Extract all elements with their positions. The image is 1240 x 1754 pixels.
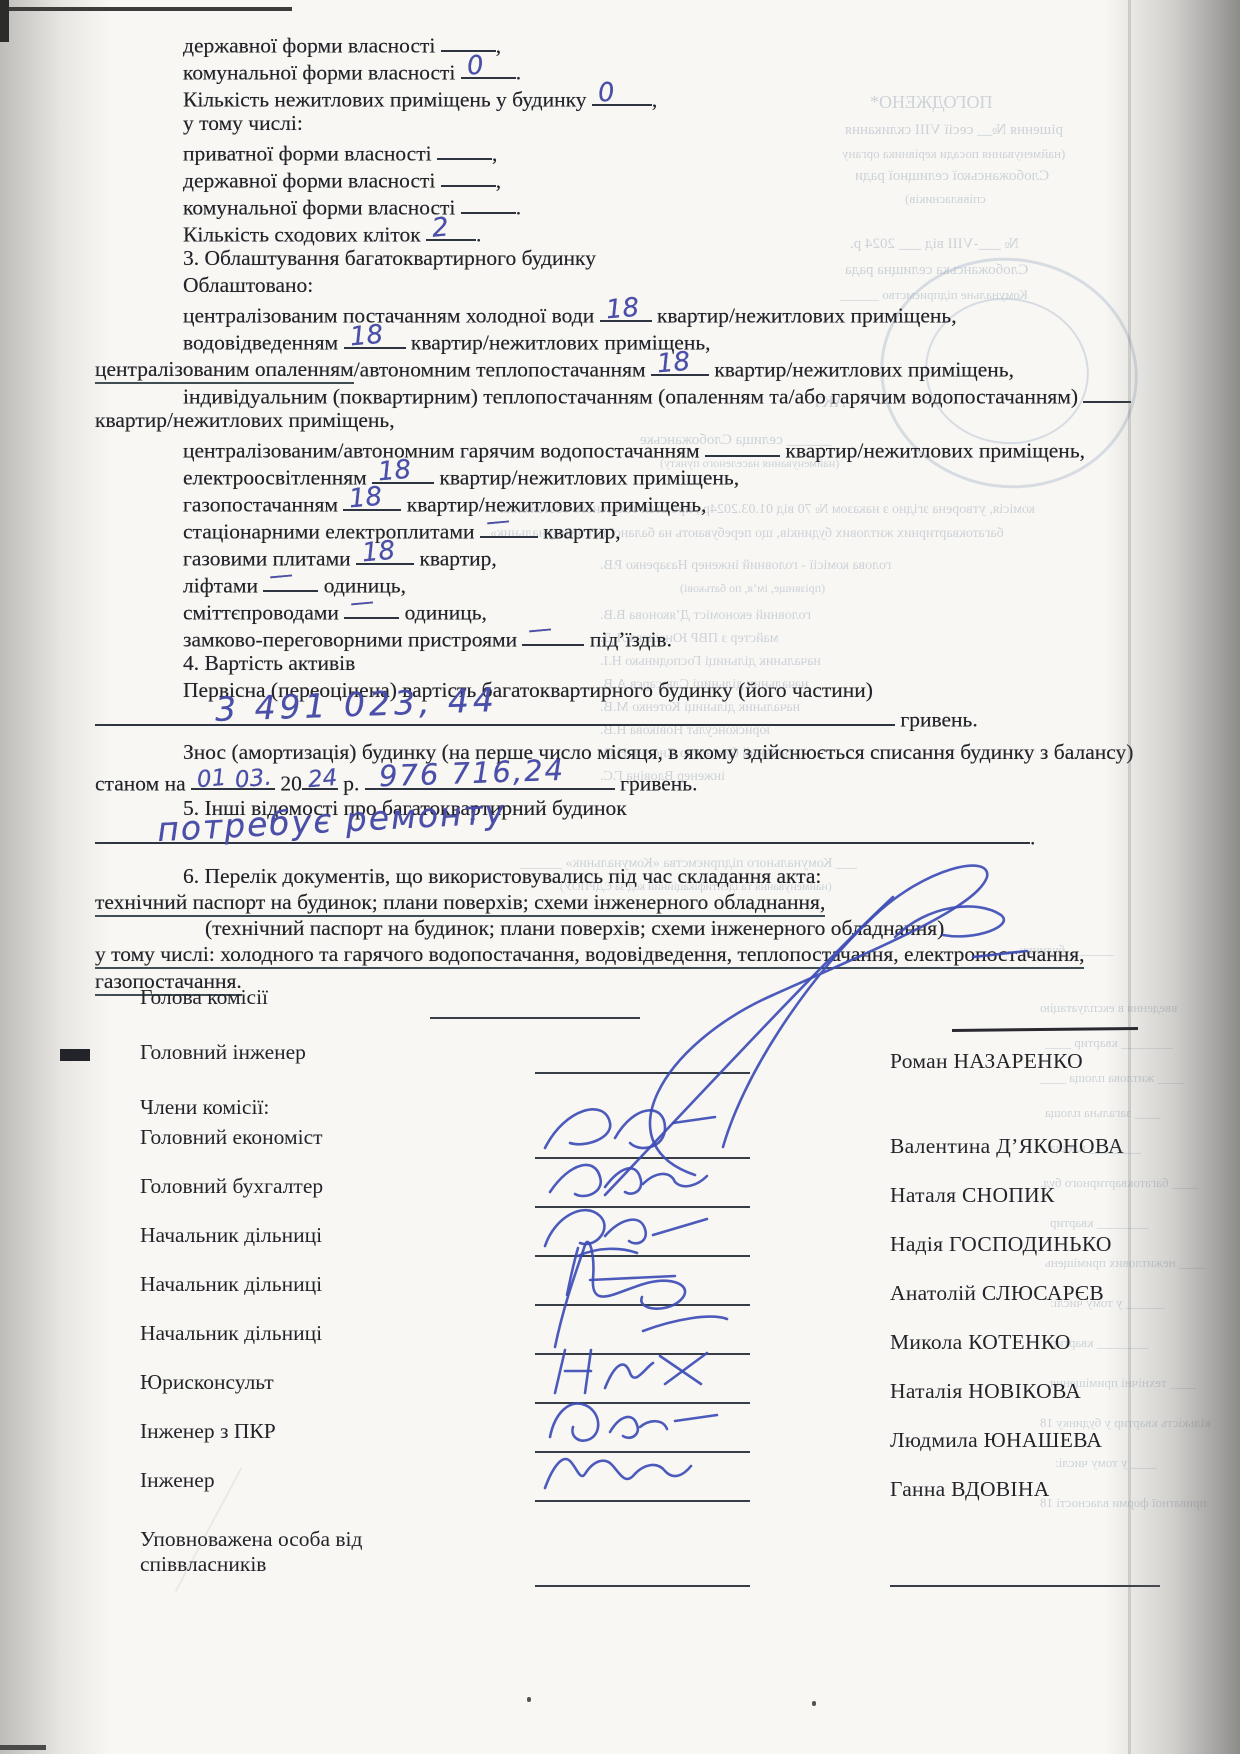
blank-field <box>441 165 496 187</box>
line-text: газопостачанням <box>183 492 343 516</box>
line-text: , <box>496 33 501 57</box>
signatory-name: Роман НАЗАРЕНКО <box>890 1040 1083 1074</box>
signature-role-label: Начальник дільниці <box>140 1223 440 1248</box>
form-line: централізованим постачанням холодної вод… <box>183 300 1113 327</box>
line-text: централізованим постачанням холодної вод… <box>183 303 600 327</box>
handwritten-value: 03. <box>234 765 273 794</box>
form-line: газопостачанням 18 квартир/нежитлових пр… <box>183 489 1113 516</box>
form-line: централізованим опаленням/автономним теп… <box>95 354 1113 381</box>
blank-field <box>437 138 492 160</box>
form-line: електроосвітленням 18 квартир/нежитлових… <box>183 462 1113 489</box>
line-text: індивідуальним (поквартирним) теплопоста… <box>183 384 1083 408</box>
handwritten-value: 0 <box>466 51 485 82</box>
line-text: ліфтами <box>183 573 263 597</box>
handwritten-value: 24 <box>307 765 338 793</box>
blank-field: 2 <box>426 219 476 241</box>
line-text: 20 <box>275 771 302 795</box>
handwritten-value: 2 <box>431 213 450 244</box>
signature-role-label: Інженер з ПКР <box>140 1419 440 1444</box>
document-lines: державної форми власності ,комунальної ф… <box>183 30 1113 996</box>
form-line: газовими плитами 18 квартир, <box>183 543 1113 570</box>
line-text: електроосвітленням <box>183 465 372 489</box>
signature-role-label: Голова комісії <box>140 985 440 1010</box>
scanned-document-page: ПОГОДЖЕНО*рішення №__ сесії VIII скликан… <box>0 0 1240 1754</box>
line-text: квартир, <box>414 546 497 570</box>
signatory-name: Людмила ЮНАШЕВА <box>890 1419 1102 1453</box>
handwritten-value: 18 <box>361 536 397 569</box>
scan-edge-mark-bottom <box>0 1745 46 1750</box>
line-text: Кількість нежитлових приміщень у будинку <box>183 87 592 111</box>
blank-field: 18 <box>344 327 406 349</box>
form-line: технічний паспорт на будинок; плани пове… <box>95 890 1113 916</box>
signatory-name: Надія ГОСПОДИНЬКО <box>890 1223 1112 1257</box>
line-text: р. <box>338 771 365 795</box>
line-text: . <box>1030 825 1035 849</box>
signature-row: Головний інженерРоман НАЗАРЕНКО <box>140 1040 1200 1095</box>
form-line: сміттєпроводами — одиниць, <box>183 597 1113 624</box>
form-line: (технічний паспорт на будинок; плани пов… <box>205 916 1113 942</box>
line-text: . <box>516 195 521 219</box>
form-line: Кількість нежитлових приміщень у будинку… <box>183 84 1113 111</box>
line-text: під’їздів. <box>584 627 671 651</box>
form-line: ліфтами — одиниць, <box>183 570 1113 597</box>
line-text: одиниць, <box>399 600 487 624</box>
line-text: у тому числі: <box>183 111 303 135</box>
line-text: (технічний паспорт на будинок; плани пов… <box>205 916 944 940</box>
form-line: 4. Вартість активів <box>183 651 1113 678</box>
line-text: квартир/нежитлових приміщень, <box>434 465 739 489</box>
form-line: у тому числі: <box>183 111 1113 138</box>
scan-corner-mark <box>0 0 9 42</box>
blank-field: 24 <box>302 768 338 790</box>
blank-field: 18 <box>651 354 709 376</box>
line-text: Облаштовано: <box>183 273 313 297</box>
signatory-name: Анатолій СЛЮСАРЄВ <box>890 1272 1104 1306</box>
signature-line <box>430 985 640 1019</box>
handwritten-value: 01 <box>196 765 227 793</box>
signature-role-label: Юрисконсульт <box>140 1370 440 1395</box>
form-line: комунальної форми власності 0. <box>183 57 1113 84</box>
line-text: , <box>496 168 501 192</box>
form-line: водовідведенням 18 квартир/нежитлових пр… <box>183 327 1113 354</box>
line-text: . <box>516 60 521 84</box>
handwritten-value: — <box>485 506 511 536</box>
form-line: Облаштовано: <box>183 273 1113 300</box>
form-line: приватної форми власності , <box>183 138 1113 165</box>
line-text: централізованим/автономним гарячим водоп… <box>183 438 705 462</box>
signature-row: Голова комісії <box>140 985 1200 1040</box>
signature-role-label: Начальник дільниці <box>140 1321 440 1346</box>
line-text: квартир/нежитлових приміщень, <box>780 438 1085 462</box>
handwritten-value: 976 716,24 <box>378 753 565 793</box>
scan-edge-mark-top <box>0 7 292 11</box>
line-text: Знос (амортизація) будинку (на перше чис… <box>183 740 1133 764</box>
blank-field: — <box>522 624 584 646</box>
form-line: потребує ремонту. <box>95 822 1113 864</box>
handwritten-value: 3 491 023, 44 <box>214 680 498 729</box>
blank-field: потребує ремонту <box>95 822 1030 844</box>
line-text: Кількість сходових кліток <box>183 222 426 246</box>
blank-field: 03. <box>229 768 275 790</box>
line-text: , <box>492 141 497 165</box>
signature-role-label: Головний бухгалтер <box>140 1174 440 1199</box>
form-line: 6. Перелік документів, що використовувал… <box>183 864 1113 890</box>
line-text: гривень. <box>895 707 978 731</box>
form-line: 3 491 023, 44 гривень. <box>95 704 1113 740</box>
signature-role-label: Головний економіст <box>140 1125 440 1150</box>
blank-field: 0 <box>592 84 652 106</box>
line-text: . <box>476 222 481 246</box>
signature-line <box>535 1527 750 1587</box>
signatory-name: Ганна ВДОВІНА <box>890 1468 1050 1502</box>
signatory-name: Микола КОТЕНКО <box>890 1321 1071 1355</box>
ink-blot <box>60 1049 90 1061</box>
blank-field: — <box>344 597 399 619</box>
line-text: 6. Перелік документів, що використовувал… <box>183 864 821 888</box>
line-text: у тому числі: холодного та гарячого водо… <box>95 942 1084 969</box>
blank-field: 18 <box>356 543 414 565</box>
handwritten-value: — <box>349 587 375 617</box>
line-text: 4. Вартість активів <box>183 651 355 675</box>
blank-field: — <box>480 516 538 538</box>
line-text: /автономним теплопостачанням <box>354 357 651 381</box>
signature-role-label: Начальник дільниці <box>140 1272 440 1297</box>
speck <box>812 1701 816 1706</box>
line-text: квартир/нежитлових приміщень, <box>652 303 957 327</box>
handwritten-value: — <box>527 614 553 644</box>
form-line: державної форми власності , <box>183 165 1113 192</box>
form-line: станом на 0103. 2024 р. 976 716,24 гриве… <box>95 768 1113 796</box>
form-line: державної форми власності , <box>183 30 1113 57</box>
line-text: сміттєпроводами <box>183 600 344 624</box>
line-text: квартир, <box>538 519 621 543</box>
line-text: водовідведенням <box>183 330 344 354</box>
speck <box>527 1697 531 1702</box>
blank-field <box>705 435 780 457</box>
line-text: державної форми власності <box>183 168 441 192</box>
form-line: індивідуальним (поквартирним) теплопоста… <box>183 381 1113 408</box>
fold-line <box>1128 0 1131 1754</box>
form-line: замково-переговорними пристроями — під’ї… <box>183 624 1113 651</box>
signature-line <box>535 1040 750 1074</box>
signature-line-right <box>890 1527 1160 1587</box>
signatory-name: Наталя СНОПИК <box>890 1174 1055 1208</box>
blank-field: 01 <box>191 768 229 790</box>
form-line: у тому числі: холодного та гарячого водо… <box>95 942 1113 969</box>
form-line: Кількість сходових кліток 2. <box>183 219 1113 246</box>
handwritten-value: 18 <box>348 320 384 353</box>
signatory-name: Валентина Д’ЯКОНОВА <box>890 1125 1124 1159</box>
handwritten-value: 18 <box>348 482 384 515</box>
line-text: комунальної форми власності <box>183 60 461 84</box>
handwritten-value: 18 <box>656 347 692 380</box>
blank-field: 18 <box>600 300 652 322</box>
handwritten-value: 18 <box>377 455 413 488</box>
handwritten-value: 0 <box>597 78 616 109</box>
line-text: комунальної форми власності <box>183 195 461 219</box>
form-line: квартир/нежитлових приміщень, <box>95 408 1113 435</box>
line-text: державної форми власності <box>183 33 441 57</box>
signature-stroke <box>525 1436 740 1506</box>
line-text: технічний паспорт на будинок; плани пове… <box>95 890 825 917</box>
line-text: замково-переговорними пристроями <box>183 627 522 651</box>
line-text: гривень. <box>615 771 698 795</box>
blank-field <box>1083 381 1131 403</box>
signature-role-label: Головний інженер <box>140 1040 440 1065</box>
line-text: станом на <box>95 771 191 795</box>
page-left-shadow <box>0 0 110 1754</box>
blank-field: — <box>263 570 318 592</box>
form-line: централізованим/автономним гарячим водоп… <box>183 435 1113 462</box>
blank-field: 976 716,24 <box>365 768 615 790</box>
line-text: квартир/нежитлових приміщень, <box>709 357 1014 381</box>
form-line: стаціонарними електроплитами — квартир, <box>183 516 1113 543</box>
handwritten-value: 18 <box>604 293 640 326</box>
form-line: комунальної форми власності . <box>183 192 1113 219</box>
handwritten-value: — <box>268 560 294 590</box>
signatory-name: Наталія НОВІКОВА <box>890 1370 1081 1404</box>
form-line: Знос (амортизація) будинку (на перше чис… <box>183 740 1113 768</box>
signature-role-label: Інженер <box>140 1468 440 1493</box>
blank-field: 3 491 023, 44 <box>95 704 895 726</box>
blank-field <box>461 192 516 214</box>
form-line: 3. Облаштування багатоквартирного будинк… <box>183 246 1113 273</box>
line-text: квартир/нежитлових приміщень, <box>95 408 395 432</box>
line-text: 3. Облаштування багатоквартирного будинк… <box>183 246 596 270</box>
blank-field: 18 <box>372 462 434 484</box>
blank-field: 18 <box>343 489 401 511</box>
line-text: приватної форми власності <box>183 141 437 165</box>
blank-field <box>441 30 496 52</box>
blank-field: 0 <box>461 57 516 79</box>
line-text: квартир/нежитлових приміщень, <box>401 492 706 516</box>
signature-line <box>535 1468 750 1502</box>
line-text: стаціонарними електроплитами <box>183 519 480 543</box>
line-text: , <box>652 87 657 111</box>
